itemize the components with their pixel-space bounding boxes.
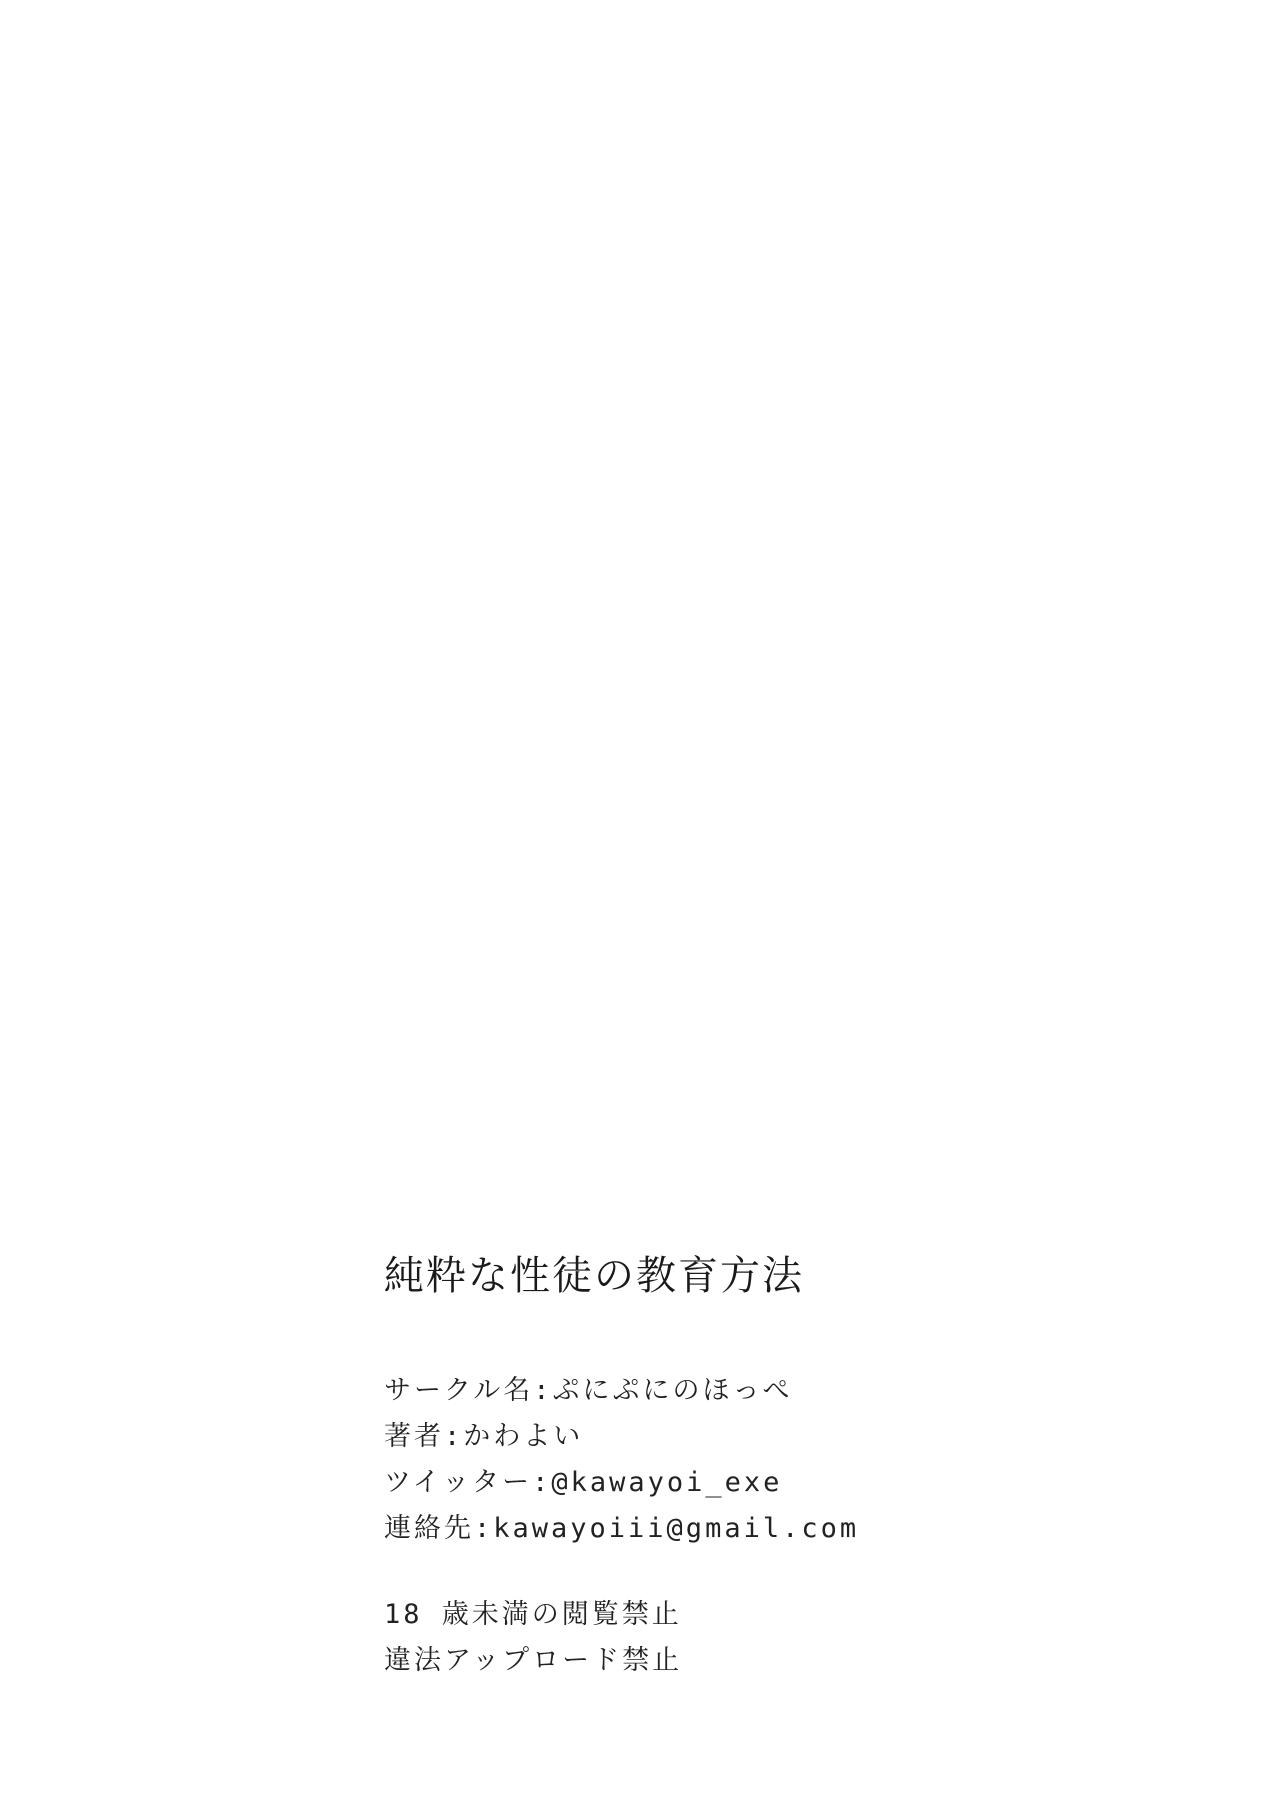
credits-block: サークル名:ぷにぷにのほっぺ 著者:かわよい ツイッター:@kawayoi_ex… [384, 1368, 859, 1552]
colophon-page: 純粋な性徒の教育方法 サークル名:ぷにぷにのほっぺ 著者:かわよい ツイッター:… [0, 0, 1280, 1808]
contact-email-line: 連絡先:kawayoiii@gmail.com [384, 1506, 859, 1552]
twitter-handle-line: ツイッター:@kawayoi_exe [384, 1460, 859, 1506]
author-name-line: 著者:かわよい [384, 1414, 859, 1460]
notices-block: 18 歳未満の閲覧禁止 違法アップロード禁止 [384, 1592, 859, 1684]
work-title: 純粋な性徒の教育方法 [384, 1252, 859, 1300]
age-restriction-notice: 18 歳未満の閲覧禁止 [384, 1592, 859, 1638]
colophon-text-block: 純粋な性徒の教育方法 サークル名:ぷにぷにのほっぺ 著者:かわよい ツイッター:… [384, 1252, 859, 1684]
illegal-upload-notice: 違法アップロード禁止 [384, 1638, 859, 1684]
circle-name-line: サークル名:ぷにぷにのほっぺ [384, 1368, 859, 1414]
